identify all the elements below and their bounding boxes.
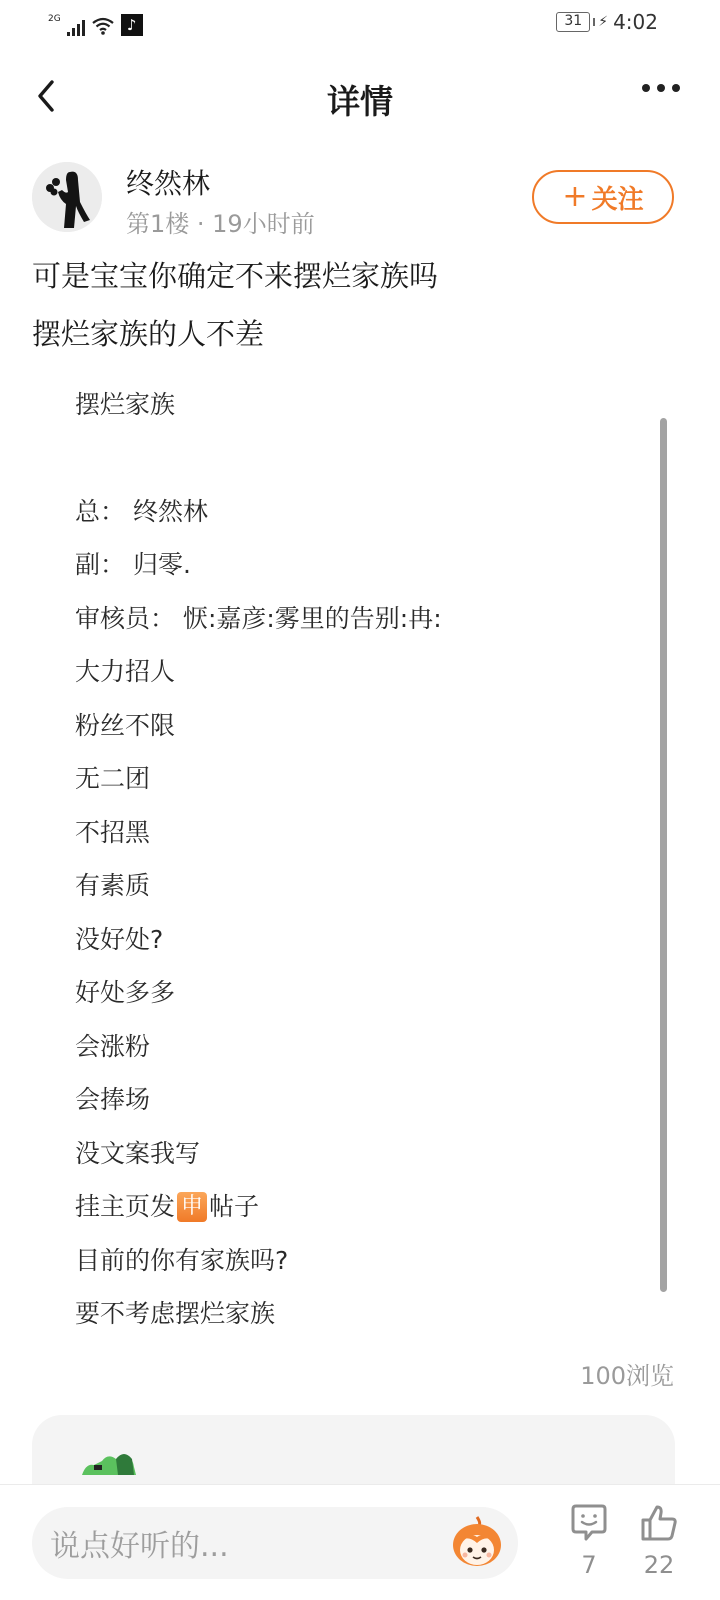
body-line: 要不考虑摆烂家族	[75, 1288, 635, 1342]
body-line: 总： 终然林	[75, 485, 635, 539]
shen-badge-icon: 申	[177, 1192, 207, 1222]
post-meta: 第1楼 · 19小时前	[126, 204, 315, 239]
body-line: 大力招人	[75, 646, 635, 700]
follow-button[interactable]: + 关注	[532, 170, 674, 224]
body-line: 摆烂家族	[75, 378, 635, 432]
body-text: 挂主页发	[75, 1185, 175, 1229]
comment-placeholder: 说点好听的...	[50, 1521, 229, 1565]
emoji-sticker-icon[interactable]	[448, 1513, 506, 1571]
author-name[interactable]: 终然林	[126, 162, 210, 202]
body-line: 粉丝不限	[75, 699, 635, 753]
more-horizontal-icon	[642, 84, 650, 92]
battery-icon: 31	[556, 12, 590, 32]
like-action[interactable]: 22	[634, 1503, 684, 1579]
battery-tip	[593, 18, 595, 26]
body-line: 无二团	[75, 753, 635, 807]
body-line: 会捧场	[75, 1074, 635, 1128]
body-line: 有素质	[75, 860, 635, 914]
body-line: 好处多多	[75, 967, 635, 1021]
wifi-icon	[91, 16, 115, 36]
plus-icon: +	[562, 182, 587, 212]
post-text-line: 摆烂家族的人不差	[32, 312, 264, 353]
post-body: 摆烂家族 总： 终然林 副： 归零. 审核员： 恹:嘉彦:雾里的告别:冉: 大力…	[75, 378, 635, 1341]
body-line: 审核员： 恹:嘉彦:雾里的告别:冉:	[75, 592, 635, 646]
body-line-blank	[75, 432, 635, 486]
network-type: 2G	[48, 14, 61, 24]
more-button[interactable]	[642, 84, 680, 92]
body-line-with-badge: 挂主页发 申 帖子	[75, 1181, 635, 1235]
page-title: 详情	[0, 76, 720, 123]
nav-bar: 详情	[0, 60, 720, 134]
body-line: 没好处?	[75, 913, 635, 967]
body-text: 帖子	[209, 1185, 259, 1229]
content-scrollbar[interactable]	[660, 418, 667, 1292]
tiktok-notification-icon: ♪	[121, 14, 143, 36]
body-line: 目前的你有家族吗?	[75, 1234, 635, 1288]
comment-input[interactable]: 说点好听的...	[32, 1507, 518, 1579]
body-line: 副： 归零.	[75, 539, 635, 593]
body-line: 会涨粉	[75, 1020, 635, 1074]
body-line: 没文案我写	[75, 1127, 635, 1181]
signal-icon	[67, 18, 85, 36]
charging-icon: ⚡	[598, 14, 608, 30]
bottom-bar: 说点好听的... 7 22	[0, 1484, 720, 1600]
status-bar: 2G ♪ 31 ⚡ 4:02	[0, 0, 720, 50]
body-line: 不招黑	[75, 806, 635, 860]
clock: 4:02	[613, 10, 658, 34]
thumbs-up-icon	[639, 1503, 679, 1543]
view-count: 100浏览	[580, 1356, 674, 1391]
post-text-line: 可是宝宝你确定不来摆烂家族吗	[32, 254, 438, 295]
follow-label: 关注	[592, 179, 644, 216]
like-count: 22	[634, 1551, 684, 1579]
comment-action[interactable]: 7	[564, 1503, 614, 1579]
avatar[interactable]	[32, 162, 102, 232]
comment-icon	[570, 1503, 608, 1543]
comment-count: 7	[564, 1551, 614, 1579]
post-author: 终然林 第1楼 · 19小时前 + 关注	[32, 160, 682, 240]
commenter-avatar[interactable]	[72, 1445, 152, 1475]
